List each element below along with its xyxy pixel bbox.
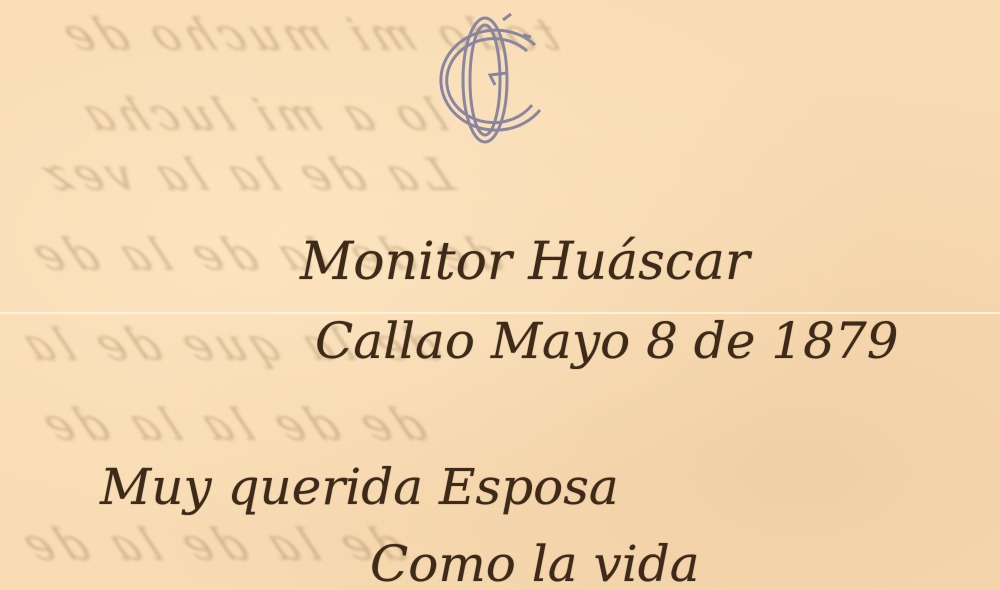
bleed-through-line: La de la la vez (28, 150, 462, 201)
letter-salutation: Muy querida Esposa (100, 458, 619, 516)
letter-heading-line2: Callao Mayo 8 de 1879 (315, 312, 899, 370)
bleed-through-line: de la de la de (8, 520, 415, 571)
bleed-through-line: lo a mi lucha (68, 90, 456, 141)
letter-page: todo mi mucho de lo a mi lucha La de la … (0, 0, 1000, 590)
letter-heading-line1: Monitor Huáscar (300, 232, 750, 292)
cg-monogram-icon (415, 5, 565, 155)
bleed-through-line: de de la la de (28, 400, 435, 451)
letter-body-start: Como la vida (370, 535, 700, 590)
